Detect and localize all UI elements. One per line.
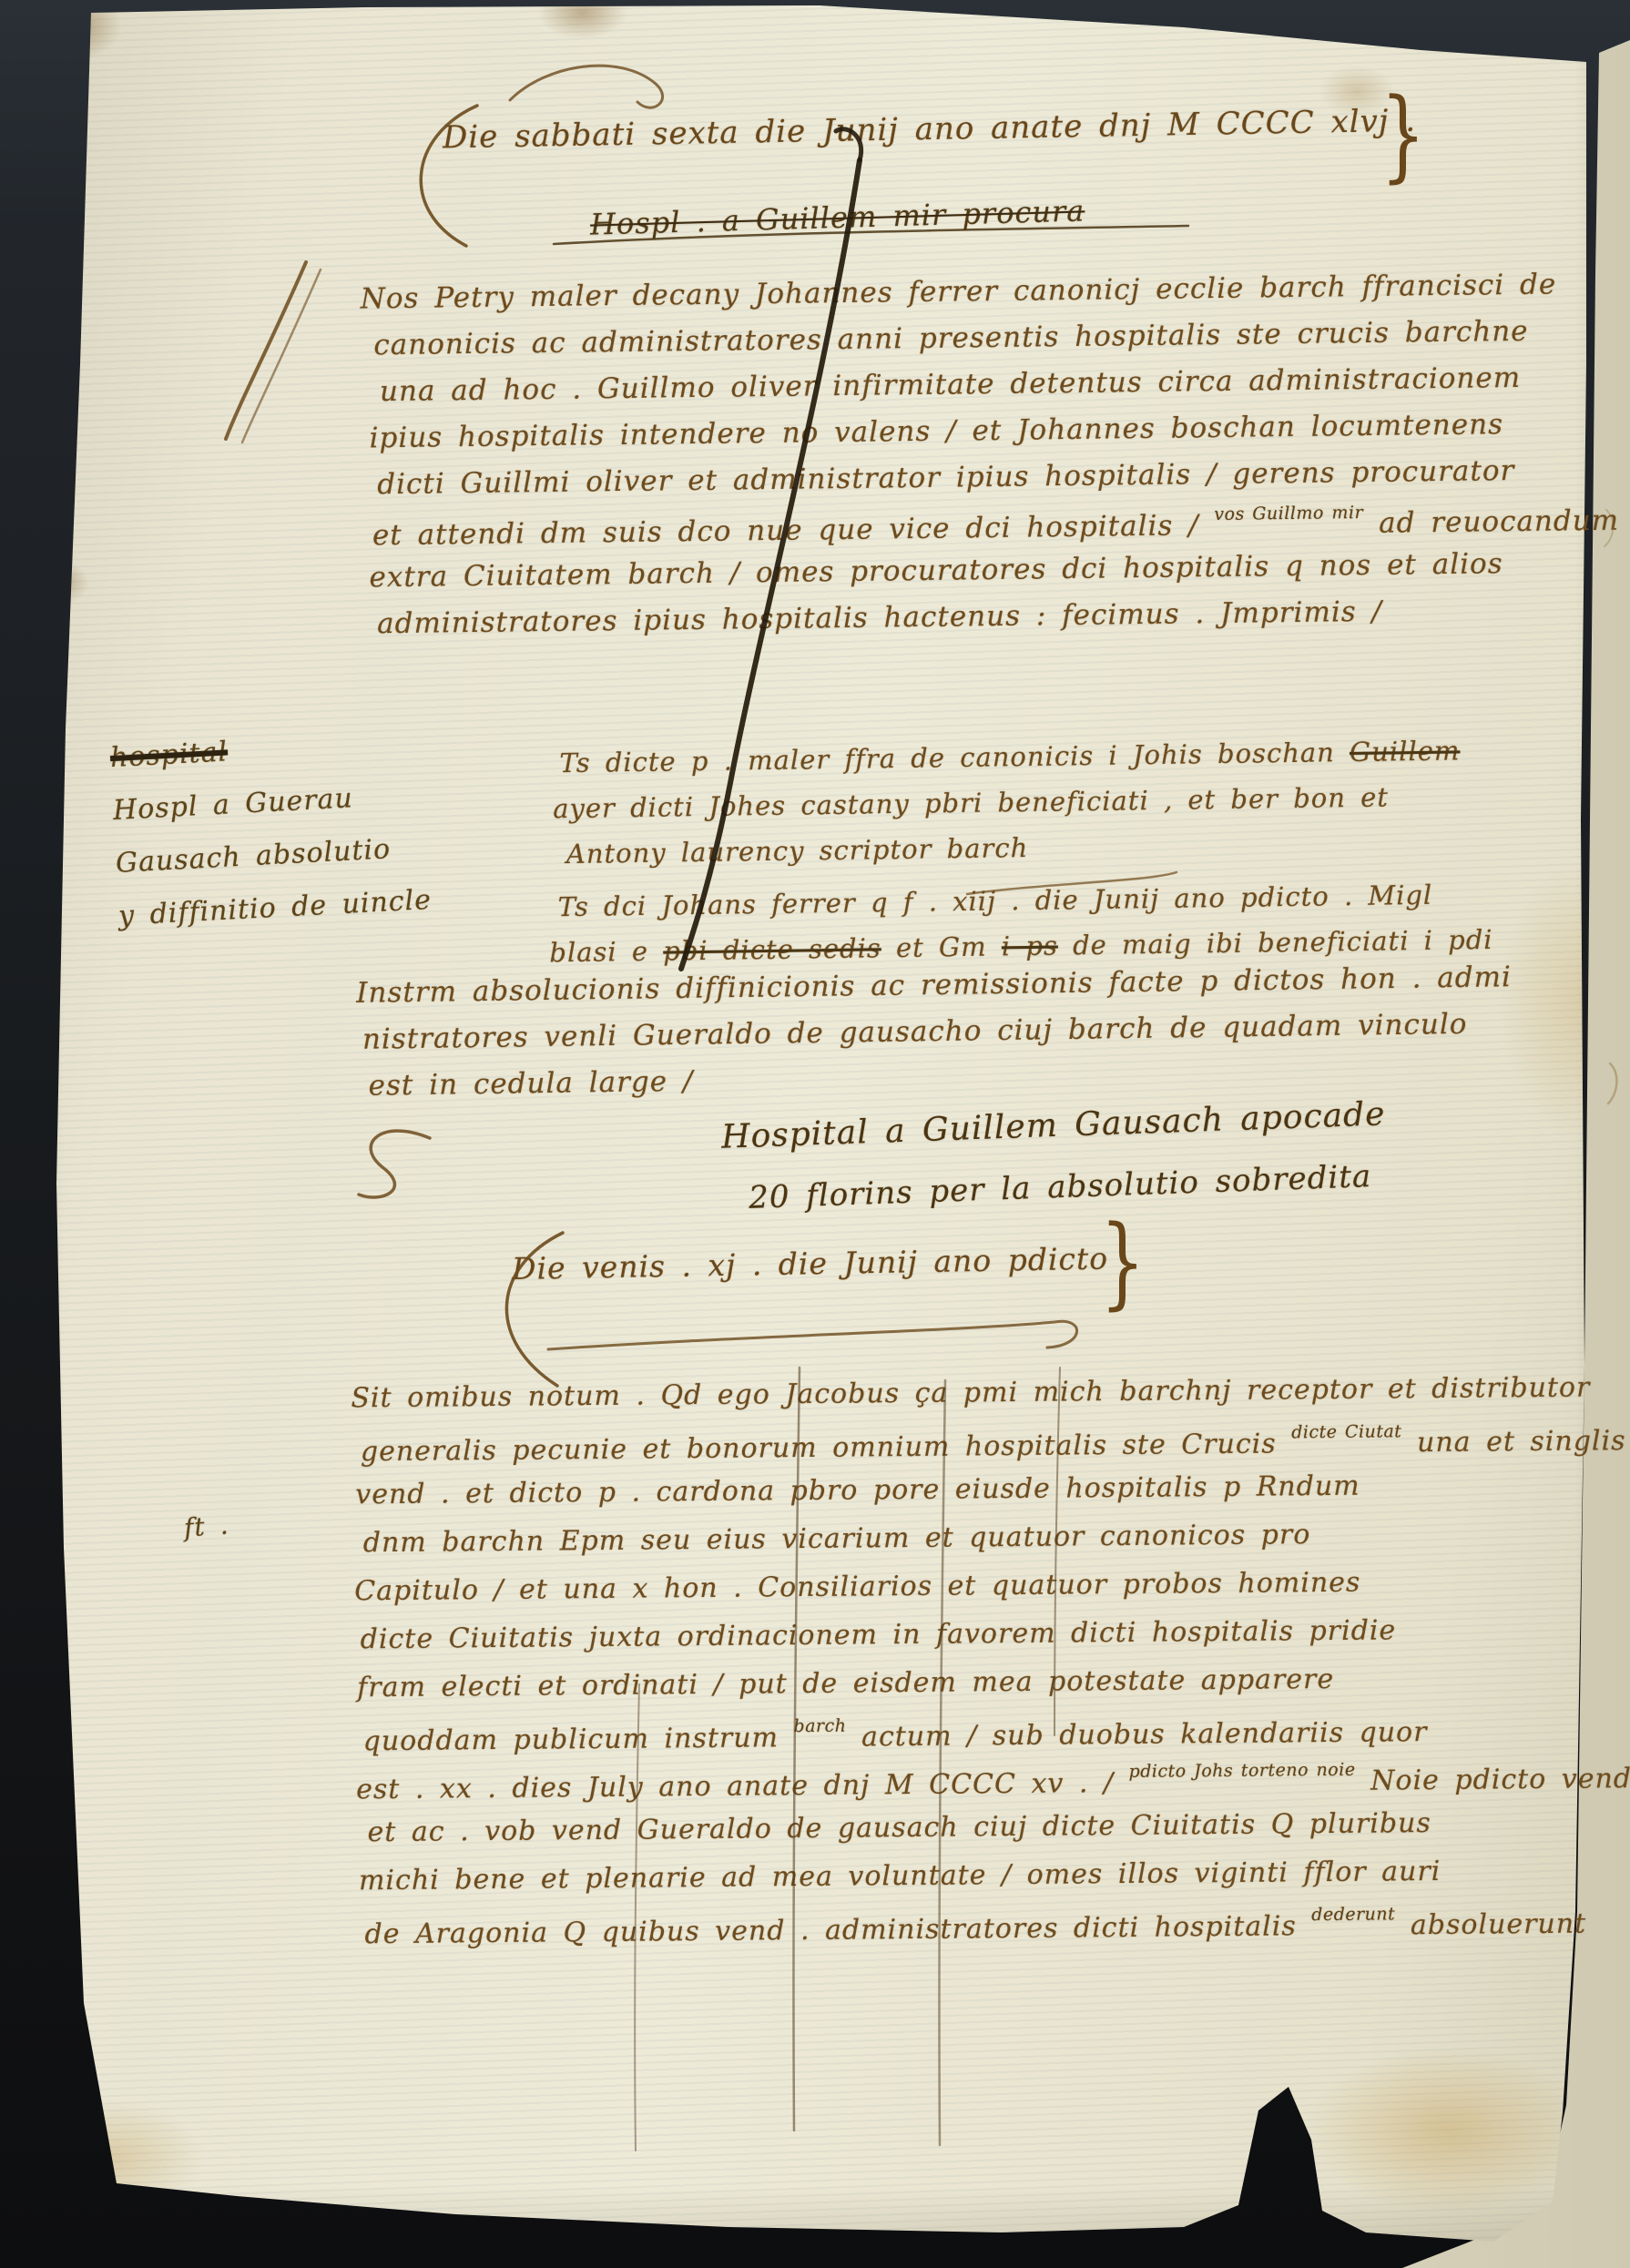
interlinear-insertion: dicte Ciutat [1291, 1421, 1401, 1442]
line-text: et Gm [896, 931, 987, 963]
margin-mark: ft . [183, 1510, 230, 1542]
interlinear-insertion: vos Guillmo mir [1214, 503, 1363, 524]
margin-notes: hospital Hospl a Guerau Gausach absoluti… [109, 726, 433, 953]
struck-words: i ps [1002, 931, 1058, 962]
line-text: de Aragonia Q quibus vend . administrato… [364, 1910, 1297, 1950]
line-text: generalis pecunie et bonorum omnium hosp… [361, 1428, 1277, 1468]
receipt-paragraph: Sit omibus notum . Qd ego Jacobus ça pmi… [351, 1371, 1630, 1962]
absolution-paragraph: Instrm absolucionis diffinicionis ac rem… [356, 961, 1513, 1116]
line-text: de maig ibi beneficiati i pdi [1073, 924, 1493, 961]
interlinear-insertion: dederunt [1311, 1904, 1395, 1925]
manuscript-photo: Die sabbati sexta die Junij ano anate dn… [0, 0, 1630, 2268]
line-text: est . xx . dies July ano anate dnj M CCC… [356, 1767, 1114, 1805]
struck-words: pbi dicte sedis [663, 932, 881, 966]
heading-closing-brace: } [1380, 78, 1426, 193]
line-text: Noie pdicto vend [1370, 1763, 1630, 1797]
interlinear-insertion: pdicto Johs torteno noie [1128, 1760, 1355, 1782]
line-text: ad reuocandum [1379, 504, 1619, 540]
line-text: et attendi dm suis dco nue que vice dci … [372, 509, 1199, 552]
line-text: una et singlis in [1417, 1425, 1630, 1459]
second-date-closing-brace: } [1100, 1205, 1146, 1320]
line-text: quoddam publicum instrum [363, 1722, 779, 1757]
opening-paragraph: Nos Petry maler decany Johannes ferrer c… [361, 268, 1621, 655]
line-text: absoluerunt [1411, 1908, 1587, 1942]
struck-word: Guillem [1350, 735, 1461, 768]
line-text: blasi e [549, 936, 648, 969]
witness-block: Ts dicte p . maler ffra de canonicis i J… [559, 735, 1493, 982]
line-text: actum / sub duobus kalendariis quor [861, 1716, 1428, 1753]
interlinear-insertion: barch [793, 1716, 846, 1737]
